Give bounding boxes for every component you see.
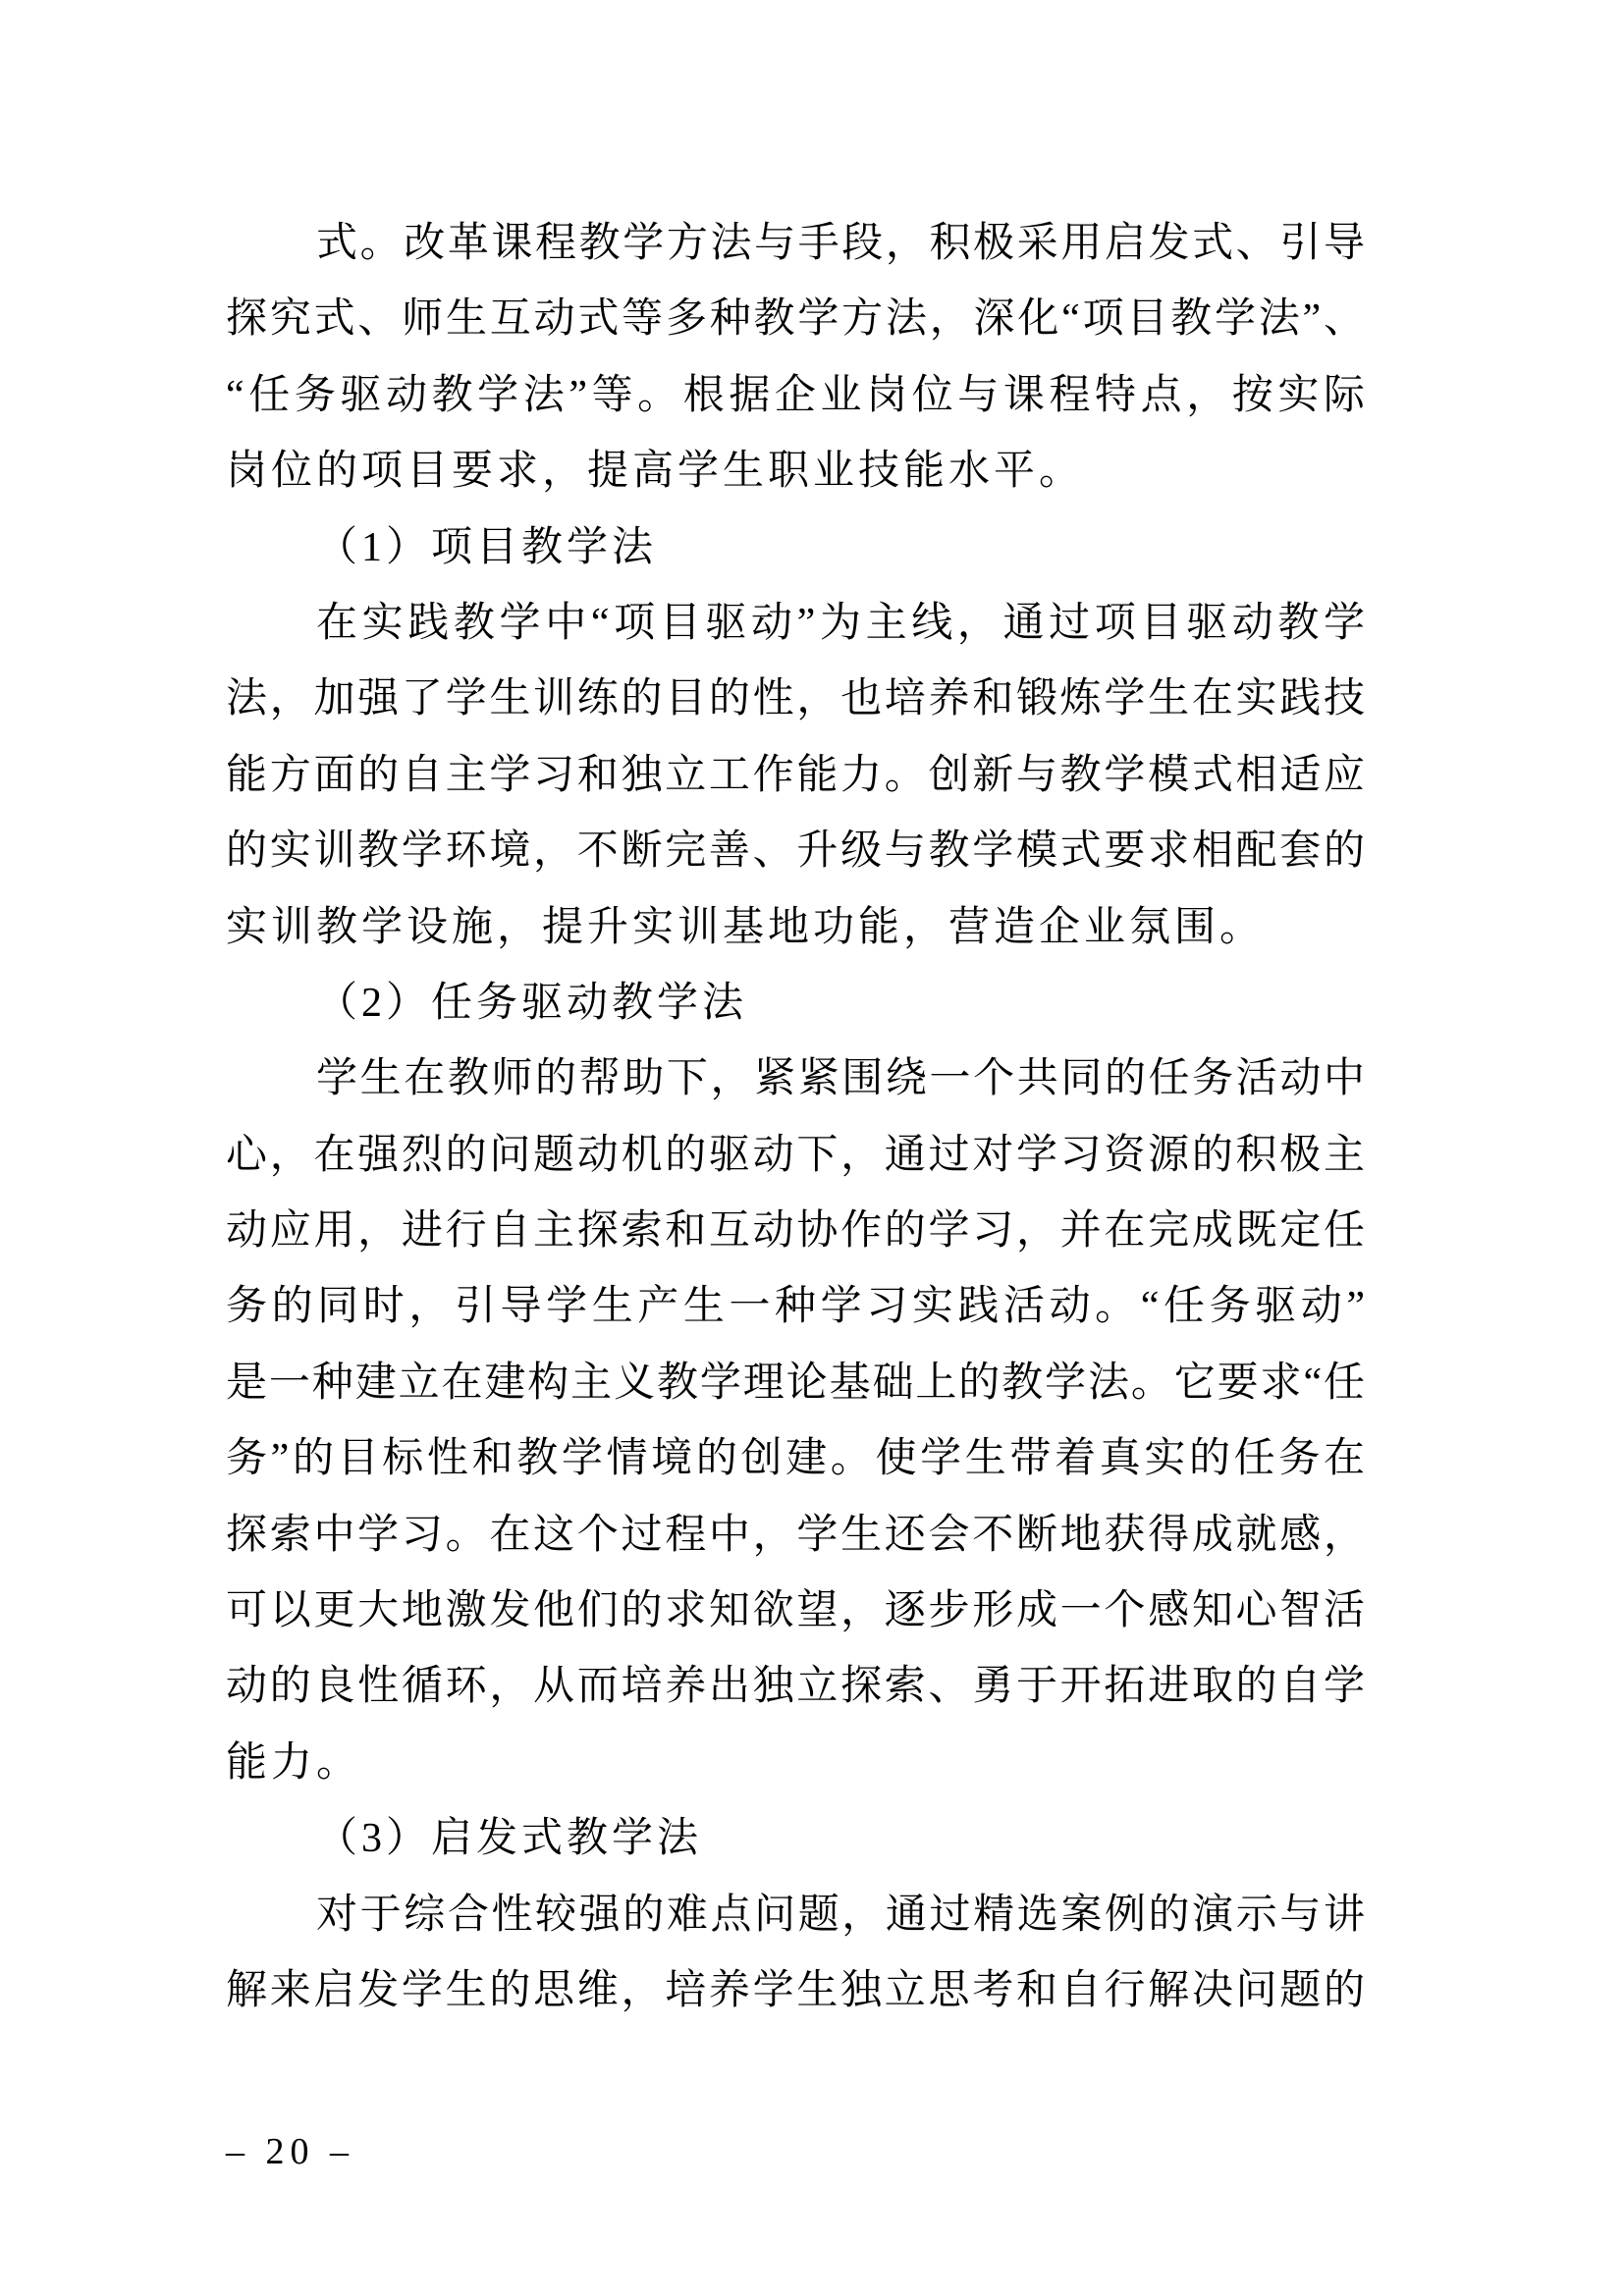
text-line: 能方面的自主学习和独立工作能力。创新与教学模式相适应: [226, 738, 1365, 814]
text-block: 式。改革课程教学方法与手段，积极采用启发式、引导 探究式、师生互动式等多种教学方…: [226, 206, 1365, 2029]
text-line: 岗位的项目要求，提高学生职业技能水平。: [226, 434, 1365, 509]
text-line: 是一种建立在建构主义教学理论基础上的教学法。它要求“任: [226, 1346, 1365, 1421]
text-line: 能力。: [226, 1726, 1365, 1801]
text-line: 探索中学习。在这个过程中，学生还会不断地获得成就感，: [226, 1498, 1365, 1574]
text-line: 可以更大地激发他们的求知欲望，逐步形成一个感知心智活: [226, 1574, 1365, 1649]
section-heading: （1）项目教学法: [226, 510, 1365, 586]
section-heading: （2）任务驱动教学法: [226, 966, 1365, 1041]
text-line: 对于综合性较强的难点问题，通过精选案例的演示与讲: [226, 1878, 1365, 1953]
page-number: – 20 –: [226, 2122, 354, 2181]
text-line: 式。改革课程教学方法与手段，积极采用启发式、引导: [226, 206, 1365, 282]
text-line: 心，在强烈的问题动机的驱动下，通过对学习资源的积极主: [226, 1118, 1365, 1194]
document-page: 式。改革课程教学方法与手段，积极采用启发式、引导 探究式、师生互动式等多种教学方…: [0, 0, 1624, 2296]
section-heading: （3）启发式教学法: [226, 1801, 1365, 1877]
text-line: 动的良性循环，从而培养出独立探索、勇于开拓进取的自学: [226, 1649, 1365, 1725]
text-line: 的实训教学环境，不断完善、升级与教学模式要求相配套的: [226, 814, 1365, 889]
text-line: 在实践教学中“项目驱动”为主线，通过项目驱动教学: [226, 586, 1365, 662]
text-line: 解来启发学生的思维，培养学生独立思考和自行解决问题的: [226, 1953, 1365, 2029]
text-line: 法，加强了学生训练的目的性，也培养和锻炼学生在实践技: [226, 662, 1365, 737]
text-line: 动应用，进行自主探索和互动协作的学习，并在完成既定任: [226, 1194, 1365, 1269]
text-line: 学生在教师的帮助下，紧紧围绕一个共同的任务活动中: [226, 1041, 1365, 1117]
text-line: 探究式、师生互动式等多种教学方法，深化“项目教学法”、: [226, 282, 1365, 357]
text-line: 实训教学设施，提升实训基地功能，营造企业氛围。: [226, 890, 1365, 966]
text-line: 务”的目标性和教学情境的创建。使学生带着真实的任务在: [226, 1421, 1365, 1497]
text-line: “任务驱动教学法”等。根据企业岗位与课程特点，按实际: [226, 358, 1365, 434]
text-line: 务的同时，引导学生产生一种学习实践活动。“任务驱动”: [226, 1269, 1365, 1345]
